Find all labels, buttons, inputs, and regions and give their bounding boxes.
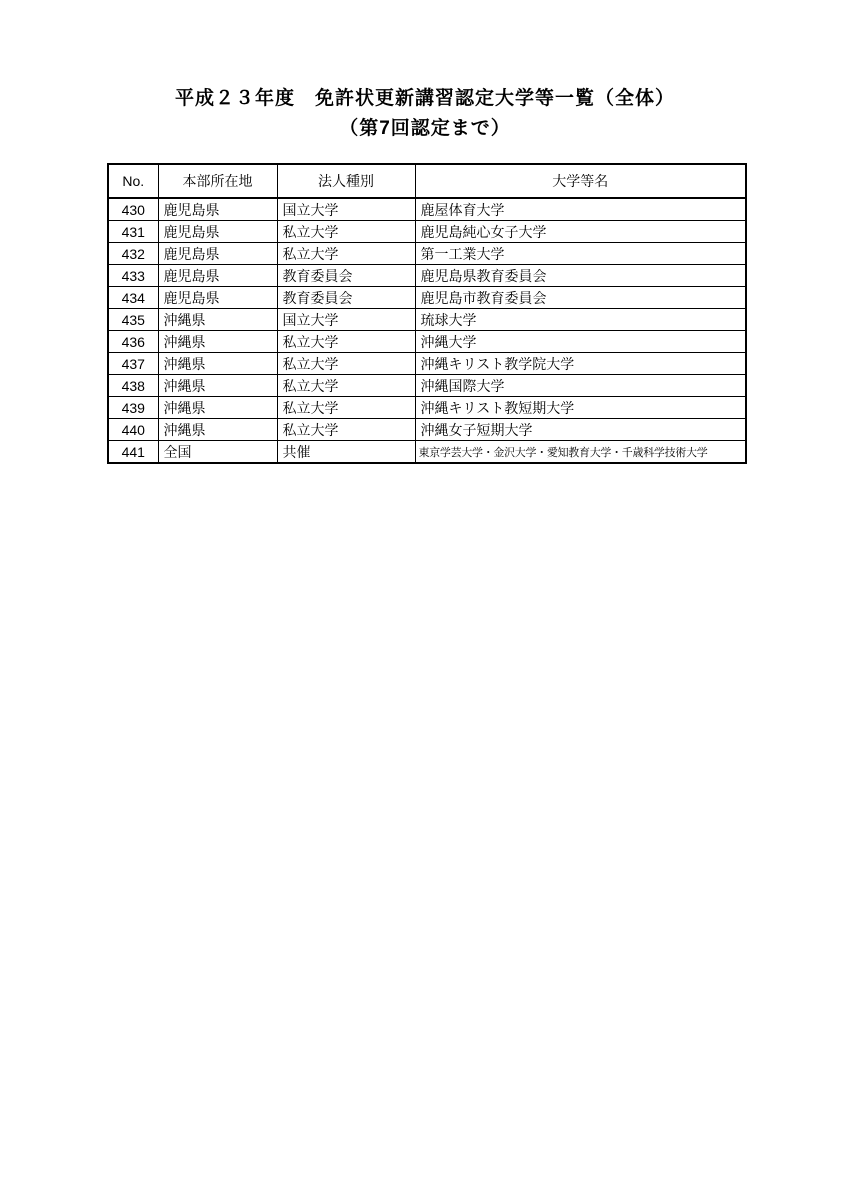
row-location: 沖縄県 xyxy=(158,309,277,331)
table-row: 437 沖縄県 私立大学 沖縄キリスト教学院大学 xyxy=(108,353,746,375)
row-university-name: 琉球大学 xyxy=(415,309,746,331)
row-no: 431 xyxy=(108,221,158,243)
table-row: 439 沖縄県 私立大学 沖縄キリスト教短期大学 xyxy=(108,397,746,419)
row-no: 439 xyxy=(108,397,158,419)
header-no: No. xyxy=(108,164,158,198)
row-university-name: 第一工業大学 xyxy=(415,243,746,265)
row-location: 鹿児島県 xyxy=(158,265,277,287)
row-type: 私立大学 xyxy=(277,243,415,265)
table-row: 435 沖縄県 国立大学 琉球大学 xyxy=(108,309,746,331)
row-location: 全国 xyxy=(158,441,277,464)
table-row: 441 全国 共催 東京学芸大学・金沢大学・愛知教育大学・千歳科学技術大学 xyxy=(108,441,746,464)
row-type: 私立大学 xyxy=(277,397,415,419)
title-line-1: 平成２３年度 免許状更新講習認定大学等一覧（全体） xyxy=(0,84,850,114)
row-location: 沖縄県 xyxy=(158,397,277,419)
row-university-name: 沖縄キリスト教学院大学 xyxy=(415,353,746,375)
row-location: 鹿児島県 xyxy=(158,287,277,309)
row-no: 435 xyxy=(108,309,158,331)
row-university-name: 沖縄キリスト教短期大学 xyxy=(415,397,746,419)
row-location: 沖縄県 xyxy=(158,331,277,353)
row-type: 国立大学 xyxy=(277,309,415,331)
title-line-2: （第7回認定まで） xyxy=(0,114,850,144)
row-no: 430 xyxy=(108,198,158,221)
row-university-name: 東京学芸大学・金沢大学・愛知教育大学・千歳科学技術大学 xyxy=(415,441,746,464)
row-type: 私立大学 xyxy=(277,221,415,243)
row-no: 432 xyxy=(108,243,158,265)
row-location: 沖縄県 xyxy=(158,419,277,441)
row-no: 440 xyxy=(108,419,158,441)
row-type: 国立大学 xyxy=(277,198,415,221)
row-type: 私立大学 xyxy=(277,353,415,375)
table-row: 430 鹿児島県 国立大学 鹿屋体育大学 xyxy=(108,198,746,221)
table-row: 440 沖縄県 私立大学 沖縄女子短期大学 xyxy=(108,419,746,441)
table-row: 438 沖縄県 私立大学 沖縄国際大学 xyxy=(108,375,746,397)
table-row: 436 沖縄県 私立大学 沖縄大学 xyxy=(108,331,746,353)
row-no: 436 xyxy=(108,331,158,353)
row-type: 私立大学 xyxy=(277,375,415,397)
row-no: 434 xyxy=(108,287,158,309)
row-university-name: 鹿児島純心女子大学 xyxy=(415,221,746,243)
table-row: 431 鹿児島県 私立大学 鹿児島純心女子大学 xyxy=(108,221,746,243)
row-no: 438 xyxy=(108,375,158,397)
row-type: 共催 xyxy=(277,441,415,464)
row-location: 鹿児島県 xyxy=(158,221,277,243)
row-university-name: 沖縄大学 xyxy=(415,331,746,353)
document-title: 平成２３年度 免許状更新講習認定大学等一覧（全体） （第7回認定まで） xyxy=(0,84,850,144)
header-row: No. 本部所在地 法人種別 大学等名 xyxy=(108,164,746,198)
row-type: 私立大学 xyxy=(277,331,415,353)
row-type: 私立大学 xyxy=(277,419,415,441)
table-row: 434 鹿児島県 教育委員会 鹿児島市教育委員会 xyxy=(108,287,746,309)
row-type: 教育委員会 xyxy=(277,287,415,309)
row-location: 鹿児島県 xyxy=(158,243,277,265)
row-university-name: 沖縄女子短期大学 xyxy=(415,419,746,441)
header-type: 法人種別 xyxy=(277,164,415,198)
row-location: 鹿児島県 xyxy=(158,198,277,221)
row-university-name: 鹿児島県教育委員会 xyxy=(415,265,746,287)
header-university-name: 大学等名 xyxy=(415,164,746,198)
row-university-name: 鹿児島市教育委員会 xyxy=(415,287,746,309)
row-no: 437 xyxy=(108,353,158,375)
row-no: 441 xyxy=(108,441,158,464)
header-location: 本部所在地 xyxy=(158,164,277,198)
table-row: 432 鹿児島県 私立大学 第一工業大学 xyxy=(108,243,746,265)
university-table: No. 本部所在地 法人種別 大学等名 430 鹿児島県 国立大学 鹿屋体育大学… xyxy=(107,163,747,464)
row-university-name: 沖縄国際大学 xyxy=(415,375,746,397)
table-row: 433 鹿児島県 教育委員会 鹿児島県教育委員会 xyxy=(108,265,746,287)
row-location: 沖縄県 xyxy=(158,375,277,397)
row-type: 教育委員会 xyxy=(277,265,415,287)
row-no: 433 xyxy=(108,265,158,287)
row-location: 沖縄県 xyxy=(158,353,277,375)
row-university-name: 鹿屋体育大学 xyxy=(415,198,746,221)
